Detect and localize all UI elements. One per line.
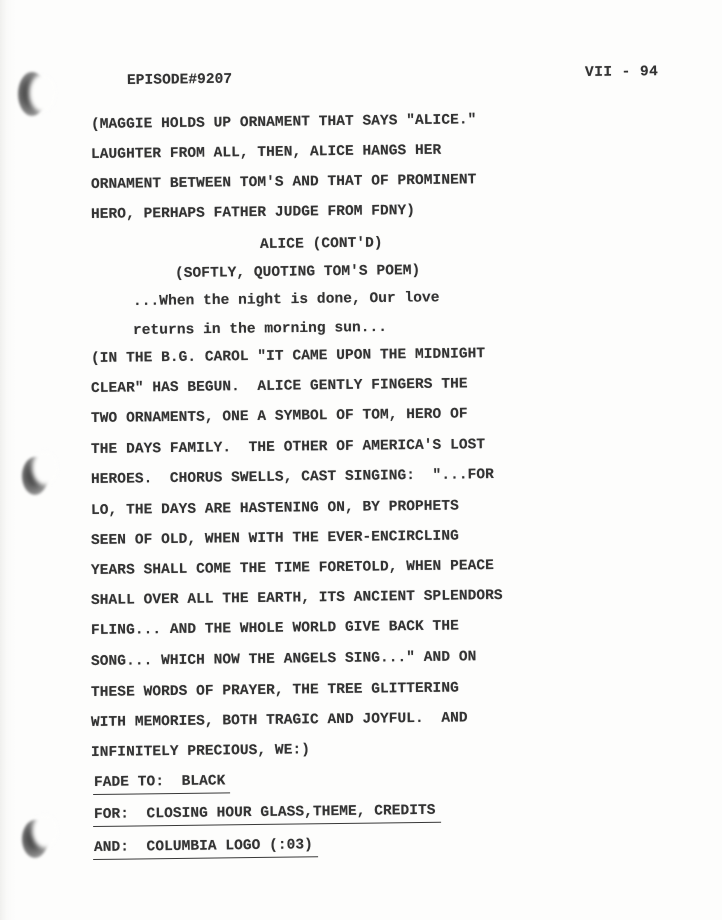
hole-punch-mark-icon xyxy=(18,72,46,116)
action-line: HERO, PERHAPS FATHER JUDGE FROM FDNY) xyxy=(91,202,415,224)
transition-for: FOR: CLOSING HOUR GLASS,THEME, CREDITS xyxy=(93,802,441,827)
action-line: TWO ORNAMENTS, ONE A SYMBOL OF TOM, HERO… xyxy=(91,405,468,428)
action-line: CLEAR" HAS BEGUN. ALICE GENTLY FINGERS T… xyxy=(91,375,468,398)
hole-punch-highlight xyxy=(32,451,58,485)
hole-punch-mark-icon xyxy=(22,457,48,495)
character-cue: ALICE (CONT'D) xyxy=(260,235,383,255)
action-line: WITH MEMORIES, BOTH TRAGIC AND JOYFUL. A… xyxy=(91,709,468,732)
hole-punch-mark-icon xyxy=(22,820,48,858)
parenthetical: (SOFTLY, QUOTING TOM'S POEM) xyxy=(175,262,420,283)
dialogue-line: returns in the morning sun... xyxy=(133,319,387,340)
action-line: (IN THE B.G. CAROL "IT CAME UPON THE MID… xyxy=(91,345,485,368)
action-line: THE DAYS FAMILY. THE OTHER OF AMERICA'S … xyxy=(91,436,485,459)
action-line: (MAGGIE HOLDS UP ORNAMENT THAT SAYS "ALI… xyxy=(91,111,477,134)
header-page-number: VII - 94 xyxy=(585,63,658,82)
action-line: SONG... WHICH NOW THE ANGELS SING..." AN… xyxy=(91,648,477,671)
dialogue-line: ...When the night is done, Our love xyxy=(133,289,440,311)
action-line: SHALL OVER ALL THE EARTH, ITS ANCIENT SP… xyxy=(91,587,503,610)
hole-punch-highlight xyxy=(32,814,58,848)
action-line: ORNAMENT BETWEEN TOM'S AND THAT OF PROMI… xyxy=(91,171,477,194)
action-line: SEEN OF OLD, WHEN WITH THE EVER-ENCIRCLI… xyxy=(91,528,459,551)
script-page: EPISODE#9207 VII - 94 (MAGGIE HOLDS UP O… xyxy=(0,0,722,920)
action-line: YEARS SHALL COME THE TIME FORETOLD, WHEN… xyxy=(91,557,494,580)
hole-punch-highlight xyxy=(29,74,56,112)
action-line: THESE WORDS OF PRAYER, THE TREE GLITTERI… xyxy=(91,680,459,703)
action-line: INFINITELY PRECIOUS, WE:) xyxy=(91,741,310,762)
action-line: FLING... AND THE WHOLE WORLD GIVE BACK T… xyxy=(91,618,459,641)
action-line: LO, THE DAYS ARE HASTENING ON, BY PROPHE… xyxy=(91,498,459,521)
action-line: LAUGHTER FROM ALL, THEN, ALICE HANGS HER xyxy=(91,142,442,165)
header-episode-number: EPISODE#9207 xyxy=(127,71,232,91)
action-line: HEROES. CHORUS SWELLS, CAST SINGING: "..… xyxy=(91,466,494,489)
transition-fade-to: FADE TO: BLACK xyxy=(93,772,231,795)
transition-and: AND: COLUMBIA LOGO (:03) xyxy=(93,836,318,860)
